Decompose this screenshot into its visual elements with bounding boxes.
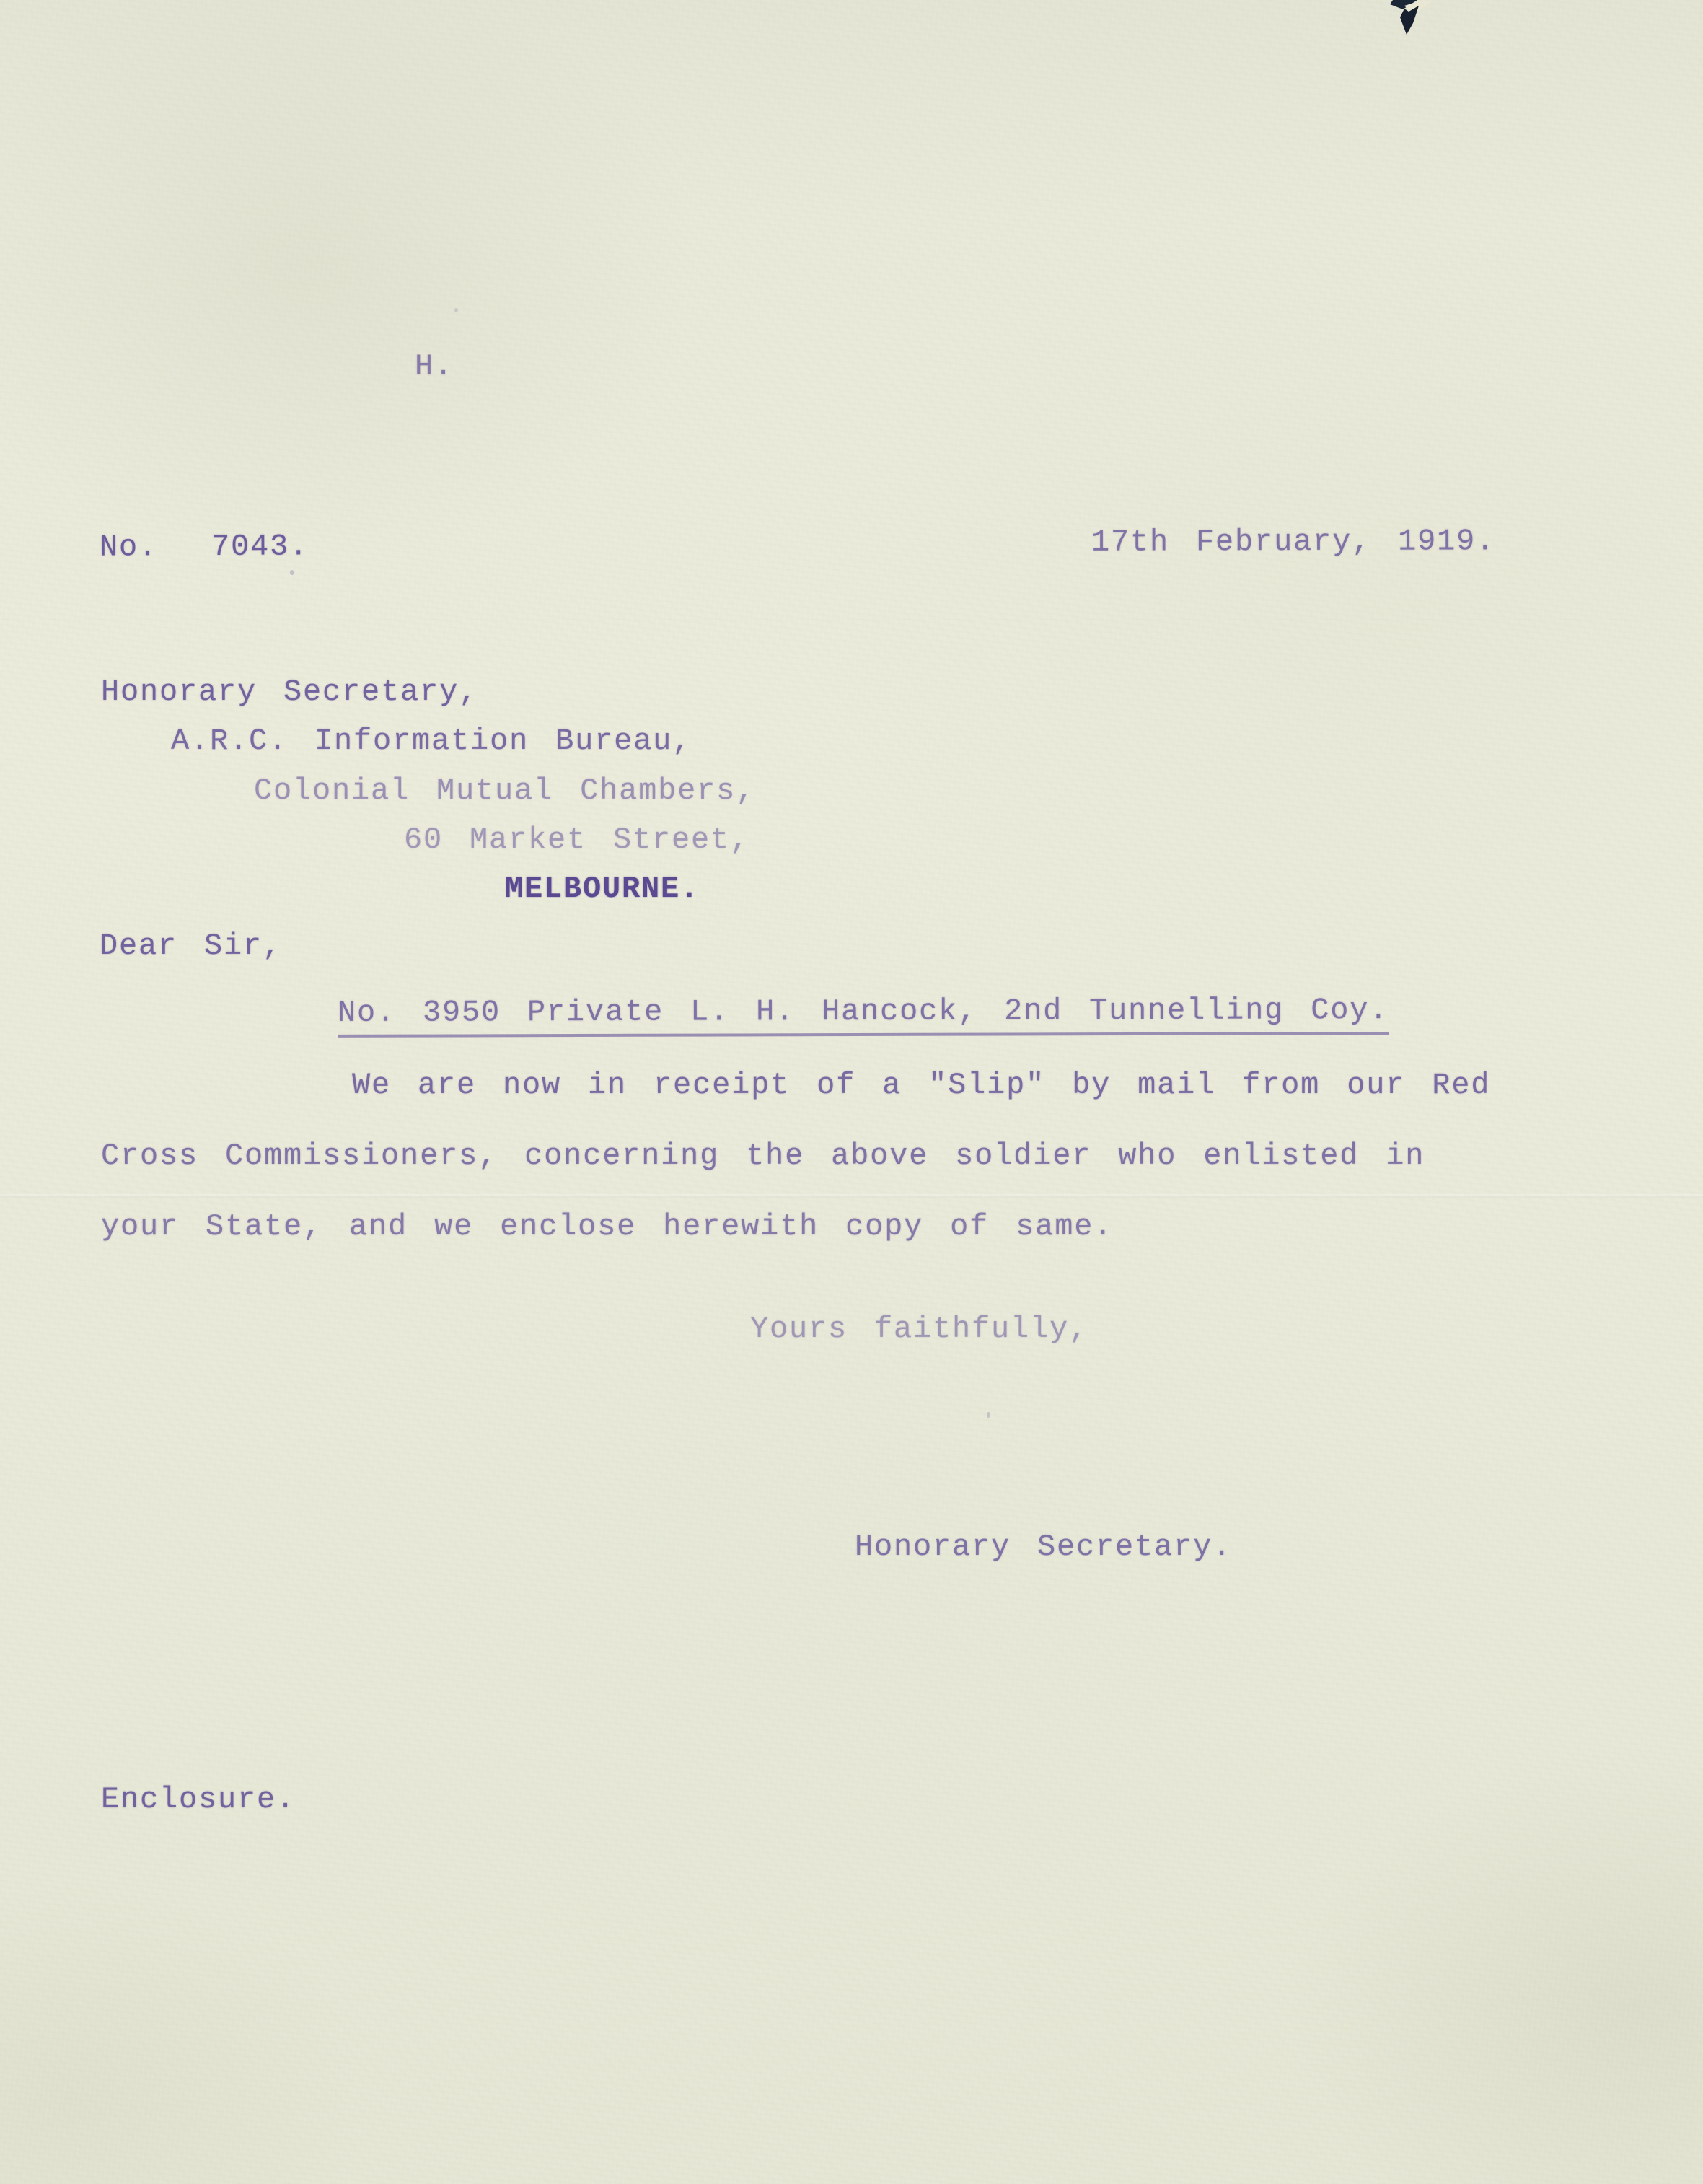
- letter-paper: H. No. 7043. 17th February, 1919. Honora…: [0, 0, 1703, 2184]
- recipient-address-line: Honorary Secretary,: [101, 677, 478, 707]
- ink-speck: [454, 308, 458, 312]
- reference-number: No. 7043.: [100, 531, 309, 562]
- salutation: Dear Sir,: [100, 931, 282, 961]
- recipient-address-line: 60 Market Street,: [404, 825, 749, 855]
- recipient-address-line: Colonial Mutual Chambers,: [254, 776, 755, 806]
- body-line: We are now in receipt of a "Slip" by mai…: [352, 1070, 1490, 1100]
- paper-crease-fold: [0, 1194, 1703, 1198]
- signature-title: Honorary Secretary.: [855, 1532, 1232, 1562]
- valediction: Yours faithfully,: [750, 1314, 1088, 1344]
- recipient-city: MELBOURNE.: [505, 874, 700, 904]
- ink-speck: [290, 570, 294, 575]
- letter-date: 17th February, 1919.: [1091, 526, 1495, 557]
- ink-speck: [987, 1412, 990, 1418]
- recipient-address-line: A.R.C. Information Bureau,: [171, 726, 692, 756]
- subject-line: No. 3950 Private L. H. Hancock, 2nd Tunn…: [338, 995, 1389, 1038]
- paper-crease-upper: [0, 618, 1703, 620]
- paper-fragment-mark: [1373, 0, 1452, 51]
- enclosure-note: Enclosure.: [101, 1784, 296, 1815]
- file-initial: H.: [415, 351, 454, 382]
- body-line: your State, and we enclose herewith copy…: [101, 1211, 1113, 1242]
- body-line: Cross Commissioners, concerning the abov…: [101, 1141, 1425, 1171]
